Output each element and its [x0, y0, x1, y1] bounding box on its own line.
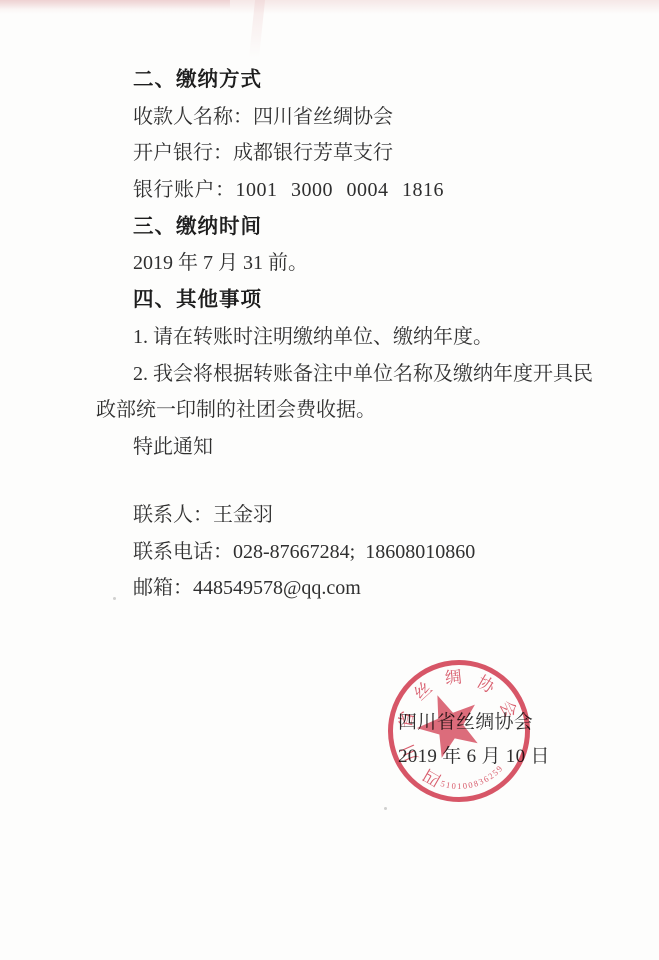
section-heading-payment-method: 二、缴纳方式 — [96, 62, 606, 99]
signature-org: 四川省丝绸协会 — [398, 706, 550, 740]
contact-block: 联系人：王金羽 联系电话：028-87667284; 18608010860 邮… — [96, 497, 606, 607]
seal-char: 丝 — [410, 678, 435, 703]
contact-person: 联系人：王金羽 — [96, 497, 606, 534]
seal-char: 绸 — [444, 667, 463, 688]
contact-email: 邮箱：448549578@qq.com — [96, 570, 606, 607]
doc-line-deadline: 2019 年 7 月 31 前。 — [96, 245, 606, 282]
doc-line-bank: 开户银行：成都银行芳草支行 — [96, 135, 606, 172]
doc-line-note-1: 1. 请在转账时注明缴纳单位、缴纳年度。 — [96, 319, 606, 356]
doc-line-hereby-notice: 特此通知 — [96, 429, 606, 466]
doc-line-account-number: 银行账户：1001 3000 0004 1816 — [96, 172, 606, 209]
signature-date: 2019 年 6 月 10 日 — [398, 740, 550, 774]
scan-speck — [384, 807, 387, 810]
scan-artifact-top-left — [0, 0, 230, 9]
scan-artifact-streak — [249, 0, 265, 58]
scanned-document-page: 二、缴纳方式 收款人名称：四川省丝绸协会 开户银行：成都银行芳草支行 银行账户：… — [0, 0, 659, 960]
doc-line-payee-name: 收款人名称：四川省丝绸协会 — [96, 99, 606, 136]
contact-phone: 联系电话：028-87667284; 18608010860 — [96, 534, 606, 571]
doc-line-note-2b: 政部统一印制的社团会费收据。 — [96, 392, 606, 429]
doc-line-note-2a: 2. 我会将根据转账备注中单位名称及缴纳年度开具民 — [96, 356, 606, 393]
seal-char: 协 — [474, 672, 499, 697]
section-heading-other-matters: 四、其他事项 — [96, 282, 606, 319]
signature-block: 四川省丝绸协会 2019 年 6 月 10 日 — [398, 706, 550, 774]
document-body: 二、缴纳方式 收款人名称：四川省丝绸协会 开户银行：成都银行芳草支行 银行账户：… — [96, 62, 606, 466]
scan-speck — [113, 597, 116, 600]
scan-artifact-top — [0, 0, 659, 14]
section-heading-payment-time: 三、缴纳时间 — [96, 209, 606, 246]
